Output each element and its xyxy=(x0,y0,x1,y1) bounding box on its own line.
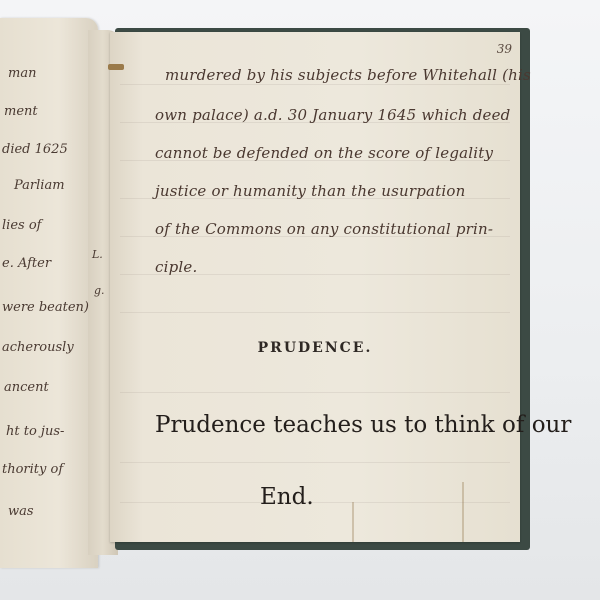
ink-bracket-mark xyxy=(462,482,464,542)
margin-mark: g. xyxy=(94,284,105,297)
left-fragment: Parliam xyxy=(14,178,65,193)
margin-mark: L. xyxy=(92,248,103,261)
left-fragment: was xyxy=(8,504,34,519)
left-page xyxy=(0,18,98,568)
left-fragment: died 1625 xyxy=(2,142,68,157)
left-fragment: ment xyxy=(4,104,38,119)
section-heading: PRUDENCE. xyxy=(110,340,520,356)
left-fragment: lies of xyxy=(2,218,41,233)
motto-end: End. xyxy=(260,484,314,510)
paragraph-line: justice or humanity than the usurpation xyxy=(155,182,466,200)
left-fragment: e. After xyxy=(2,256,51,271)
binding-thread xyxy=(108,64,124,70)
right-page: 39 murdered by his subjects before White… xyxy=(110,32,520,542)
motto-line: Prudence teaches us to think of our xyxy=(155,412,571,438)
paragraph-line: cannot be defended on the score of legal… xyxy=(155,144,493,162)
left-fragment: acherously xyxy=(2,340,74,355)
left-fragment: thority of xyxy=(2,462,63,477)
left-fragment: ht to jus- xyxy=(6,424,64,439)
paragraph-line: of the Commons on any constitutional pri… xyxy=(155,220,493,238)
page-number: 39 xyxy=(497,42,512,56)
left-fragment: were beaten) xyxy=(2,300,89,315)
left-fragment: man xyxy=(8,66,36,81)
paragraph-line: murdered by his subjects before Whitehal… xyxy=(165,66,531,84)
paragraph-line: own palace) a.d. 30 January 1645 which d… xyxy=(155,106,510,124)
left-fragment: ancent xyxy=(4,380,49,395)
paragraph-line: ciple. xyxy=(155,258,197,276)
ink-bracket-mark xyxy=(352,502,354,542)
